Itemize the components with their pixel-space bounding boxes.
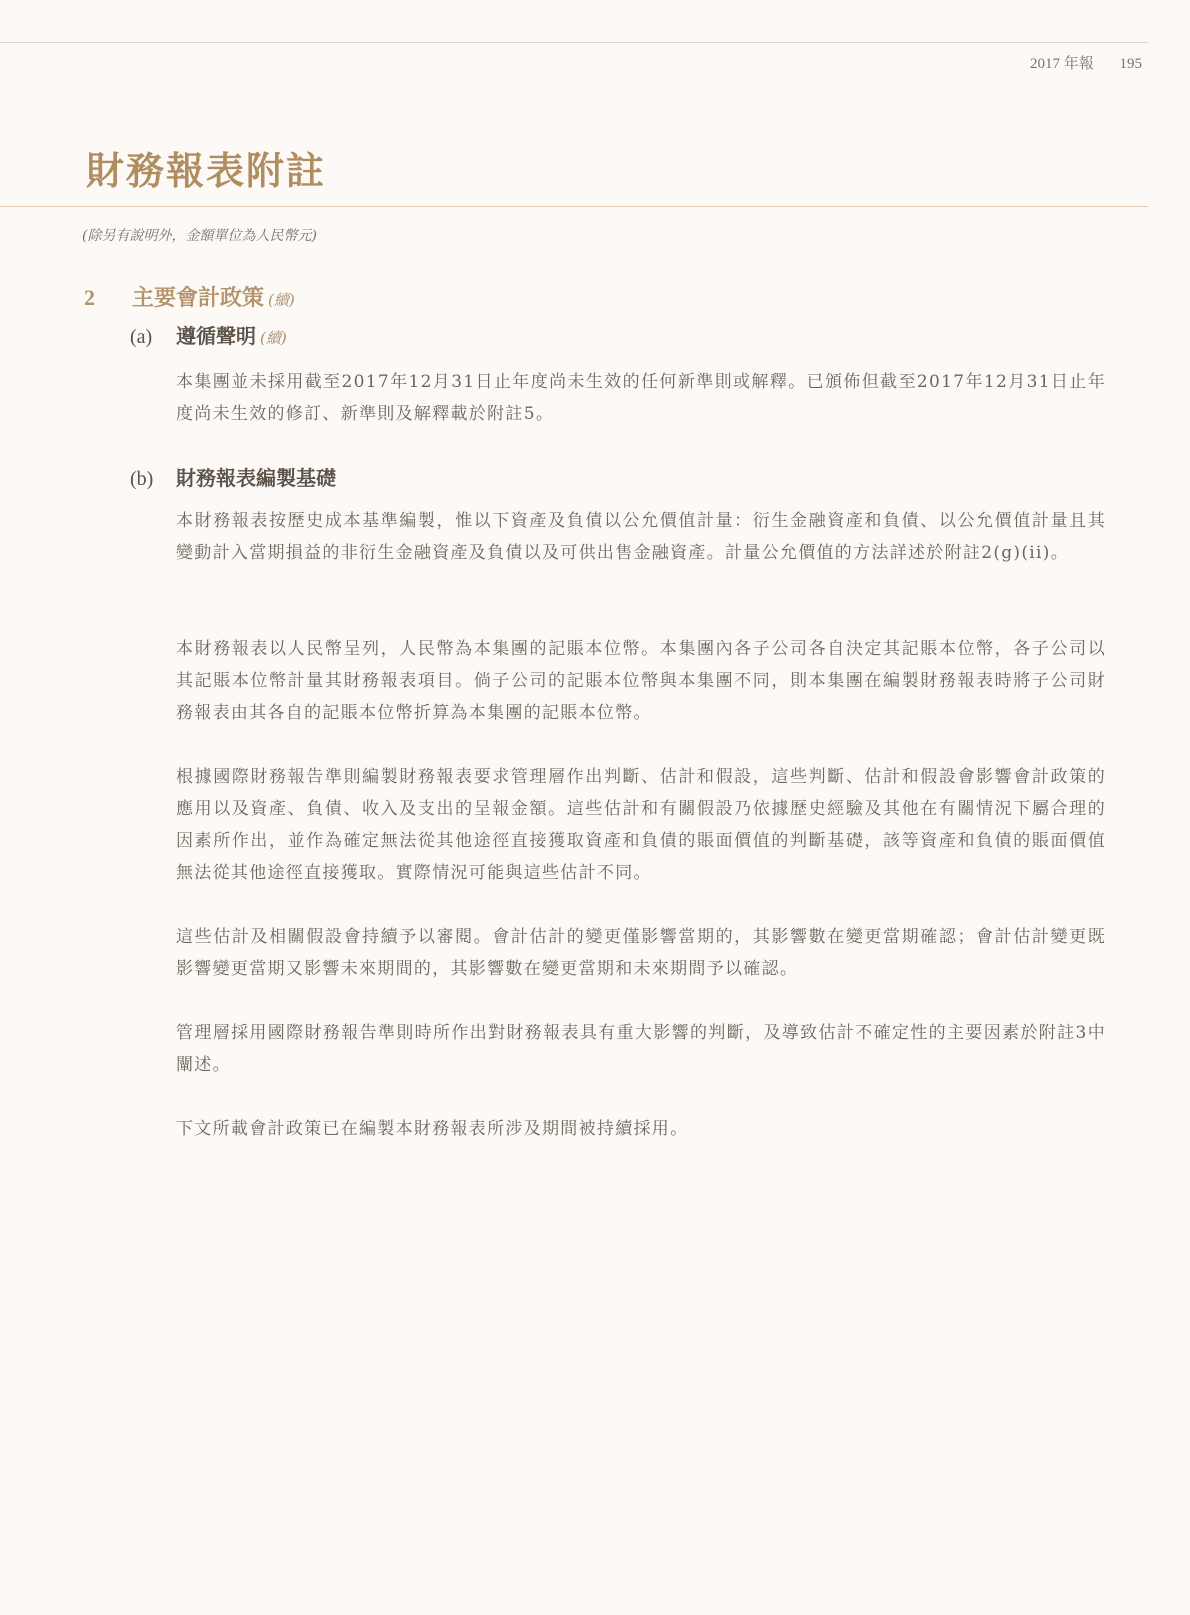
page-number: 195: [1120, 56, 1143, 72]
subsection-a-title: 遵循聲明: [176, 324, 256, 348]
paragraph-b-5: 管理層採用國際財務報告準則時所作出對財務報表具有重大影響的判斷，及導致估計不確定…: [176, 1017, 1106, 1081]
page-title: 財務報表附註: [86, 148, 326, 194]
section-continued: (續): [268, 291, 295, 309]
subsection-b-label: (b): [130, 468, 176, 491]
subsection-b-heading: (b)財務報表編製基礎: [130, 462, 336, 491]
section-title: 主要會計政策: [132, 285, 264, 311]
running-header: 2017 年報 195: [1030, 52, 1142, 73]
section-number: 2: [84, 285, 132, 311]
paragraph-b-3: 根據國際財務報告準則編製財務報表要求管理層作出判斷、估計和假設，這些判斷、估計和…: [176, 761, 1106, 889]
title-divider: [0, 206, 1148, 207]
header-divider: [0, 42, 1148, 43]
paragraph-b-1: 本財務報表按歷史成本基準編製，惟以下資產及負債以公允價值計量：衍生金融資產和負債…: [176, 505, 1106, 569]
section-heading: 2主要會計政策(續): [84, 281, 295, 312]
unit-note: (除另有說明外，金額單位為人民幣元): [82, 225, 317, 245]
subsection-a-heading: (a)遵循聲明(續): [130, 320, 287, 349]
report-label: 2017 年報: [1030, 56, 1094, 72]
paragraph-b-6: 下文所載會計政策已在編製本財務報表所涉及期間被持續採用。: [176, 1113, 1106, 1145]
paragraph-b-2: 本財務報表以人民幣呈列，人民幣為本集團的記賬本位幣。本集團內各子公司各自決定其記…: [176, 633, 1106, 729]
subsection-a-label: (a): [130, 326, 176, 349]
paragraph-b-4: 這些估計及相關假設會持續予以審閱。會計估計的變更僅影響當期的，其影響數在變更當期…: [176, 921, 1106, 985]
subsection-a-continued: (續): [260, 329, 287, 347]
subsection-b-title: 財務報表編製基礎: [176, 466, 336, 490]
paragraph-a-1: 本集團並未採用截至2017年12月31日止年度尚未生效的任何新準則或解釋。已頒佈…: [176, 366, 1106, 430]
